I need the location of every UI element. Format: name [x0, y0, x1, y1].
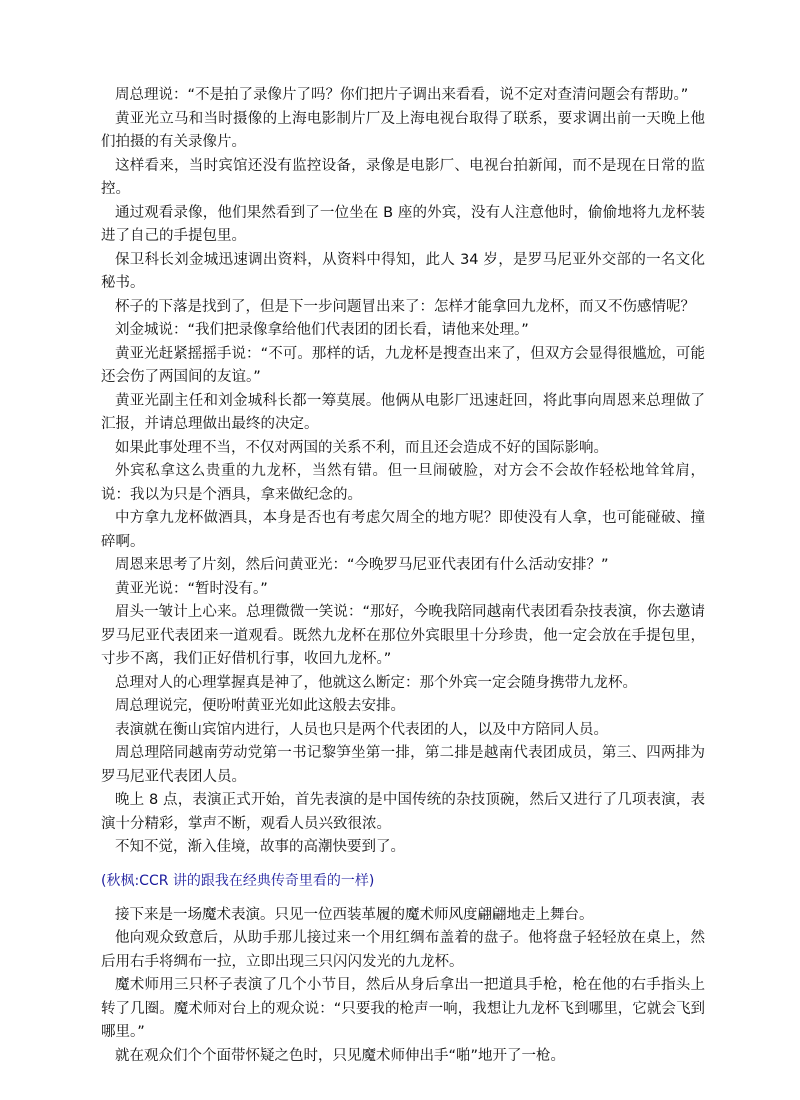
paragraph: 保卫科长刘金城迅速调出资料，从资料中得知，此人 34 岁，是罗马尼亚外交部的一名… — [101, 249, 705, 296]
paragraph: 如果此事处理不当，不仅对两国的关系不利，而且还会造成不好的国际影响。 — [101, 437, 705, 461]
paragraph: 这样看来，当时宾馆还没有监控设备，录像是电影厂、电视台拍新闻，而不是现在日常的监… — [101, 155, 705, 202]
paragraph: 黄亚光副主任和刘金城科长都一筹莫展。他俩从电影厂迅速赶回，将此事向周恩来总理做了… — [101, 390, 705, 437]
paragraph: 晚上 8 点，表演正式开始，首先表演的是中国传统的杂技顶碗，然后又进行了几项表演… — [101, 789, 705, 836]
paragraph: 黄亚光赶紧摇摇手说：“不可。那样的话，九龙杯是搜查出来了，但双方会显得很尴尬，可… — [101, 343, 705, 390]
paragraph: 通过观看录像，他们果然看到了一位坐在 B 座的外宾，没有人注意他时，偷偷地将九龙… — [101, 202, 705, 249]
paragraph: 黄亚光说：“暂时没有。” — [101, 578, 705, 602]
paragraph: 杯子的下落是找到了，但是下一步问题冒出来了：怎样才能拿回九龙杯，而又不伤感情呢？ — [101, 296, 705, 320]
paragraph: 周总理陪同越南劳动党第一书记黎笋坐第一排，第二排是越南代表团成员，第三、四两排为… — [101, 742, 705, 789]
paragraph: 魔术师用三只杯子表演了几个小节目，然后从身后拿出一把道具手枪，枪在他的右手指头上… — [101, 974, 705, 1045]
paragraph: 周总理说完，便吩咐黄亚光如此这般去安排。 — [101, 695, 705, 719]
paragraph: 外宾私拿这么贵重的九龙杯，当然有错。但一旦闹破脸，对方会不会故作轻松地耸耸肩，说… — [101, 460, 705, 507]
reader-comment: (秋枫:CCR 讲的跟我在经典传奇里看的一样) — [101, 870, 705, 892]
paragraph: 周总理说：“不是拍了录像片了吗？你们把片子调出来看看，说不定对查清问题会有帮助。… — [101, 84, 705, 108]
paragraph: 不知不觉，渐入佳境，故事的高潮快要到了。 — [101, 836, 705, 860]
paragraph: 他向观众致意后，从助手那儿接过来一个用红绸布盖着的盘子。他将盘子轻轻放在桌上，然… — [101, 927, 705, 974]
paragraph: 刘金城说：“我们把录像拿给他们代表团的团长看，请他来处理。” — [101, 319, 705, 343]
paragraph: 周恩来思考了片刻，然后问黄亚光：“今晚罗马尼亚代表团有什么活动安排？” — [101, 554, 705, 578]
document-page: 周总理说：“不是拍了录像片了吗？你们把片子调出来看看，说不定对查清问题会有帮助。… — [101, 84, 705, 1068]
paragraph: 接下来是一场魔术表演。只见一位西装革履的魔术师风度翩翩地走上舞台。 — [101, 904, 705, 928]
paragraph: 眉头一皱计上心来。总理微微一笑说：“那好，今晚我陪同越南代表团看杂技表演，你去邀… — [101, 601, 705, 672]
paragraph: 中方拿九龙杯做酒具，本身是否也有考虑欠周全的地方呢？即使没有人拿，也可能碰破、撞… — [101, 507, 705, 554]
paragraph: 就在观众们个个面带怀疑之色时，只见魔术师伸出手“啪”地开了一枪。 — [101, 1045, 705, 1069]
paragraph: 总理对人的心理掌握真是神了，他就这么断定：那个外宾一定会随身携带九龙杯。 — [101, 672, 705, 696]
paragraph: 表演就在衡山宾馆内进行，人员也只是两个代表团的人，以及中方陪同人员。 — [101, 719, 705, 743]
paragraph: 黄亚光立马和当时摄像的上海电影制片厂及上海电视台取得了联系，要求调出前一天晚上他… — [101, 108, 705, 155]
